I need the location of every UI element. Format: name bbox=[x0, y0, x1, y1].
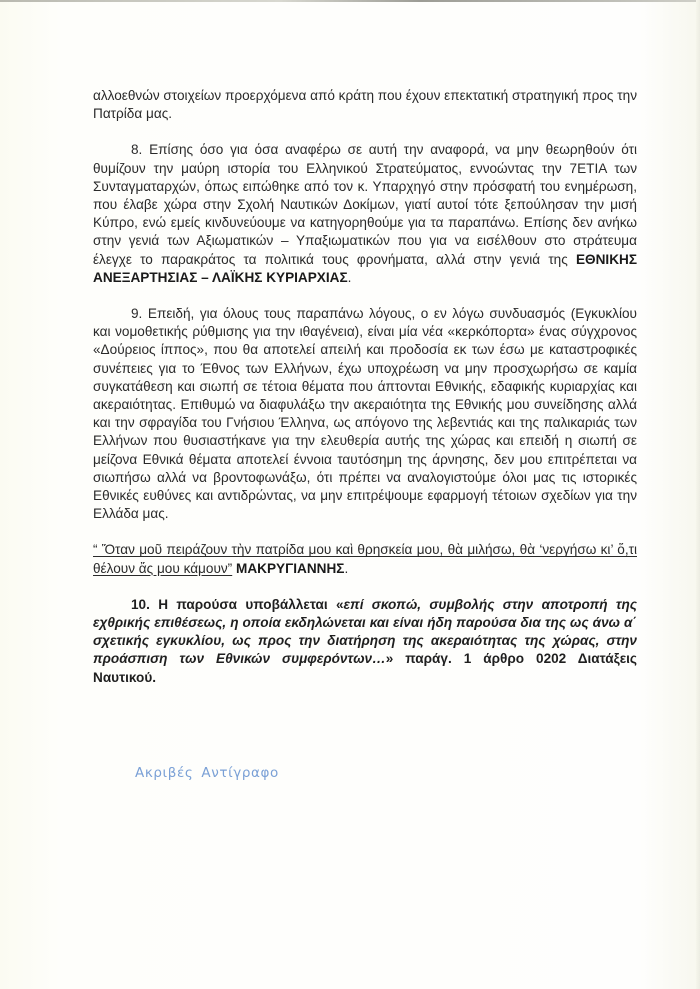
paragraph-number: 9. bbox=[131, 306, 142, 321]
continuation-paragraph: αλλοεθνών στοιχείων προερχόμενα από κράτ… bbox=[93, 87, 637, 123]
quote-text: “ Ὅταν μοῦ πειράζουν τὴν πατρίδα μου καὶ… bbox=[93, 542, 637, 575]
paragraph-8: 8. Επίσης όσο για όσα αναφέρω σε αυτή τη… bbox=[93, 141, 637, 287]
paragraph-9: 9. Επειδή, για όλους τους παραπάνω λόγου… bbox=[93, 305, 637, 523]
paragraph-10: 10. Η παρούσα υποβάλλεται «επί σκοπώ, συ… bbox=[93, 596, 637, 687]
document-body: αλλοεθνών στοιχείων προερχόμενα από κράτ… bbox=[93, 87, 637, 687]
scan-top-edge bbox=[0, 0, 700, 2]
paragraph-text: Επειδή, για όλους τους παραπάνω λόγους, … bbox=[93, 306, 637, 521]
scan-right-edge bbox=[696, 0, 700, 989]
makrygiannis-quote: “ Ὅταν μοῦ πειράζουν τὴν πατρίδα μου καὶ… bbox=[93, 541, 637, 577]
paragraph-text: Επίσης όσο για όσα αναφέρω σε αυτή την α… bbox=[93, 142, 637, 266]
paragraph-number: 8. bbox=[131, 142, 142, 157]
document-page: αλλοεθνών στοιχείων προερχόμενα από κράτ… bbox=[0, 0, 700, 989]
certified-copy-stamp: ΑκριβέςΑντίγραφο bbox=[135, 765, 279, 781]
quote-author: ΜΑΚΡΥΓΙΑΝΝΗΣ bbox=[232, 561, 344, 576]
paragraph-number: 10. bbox=[131, 597, 150, 612]
